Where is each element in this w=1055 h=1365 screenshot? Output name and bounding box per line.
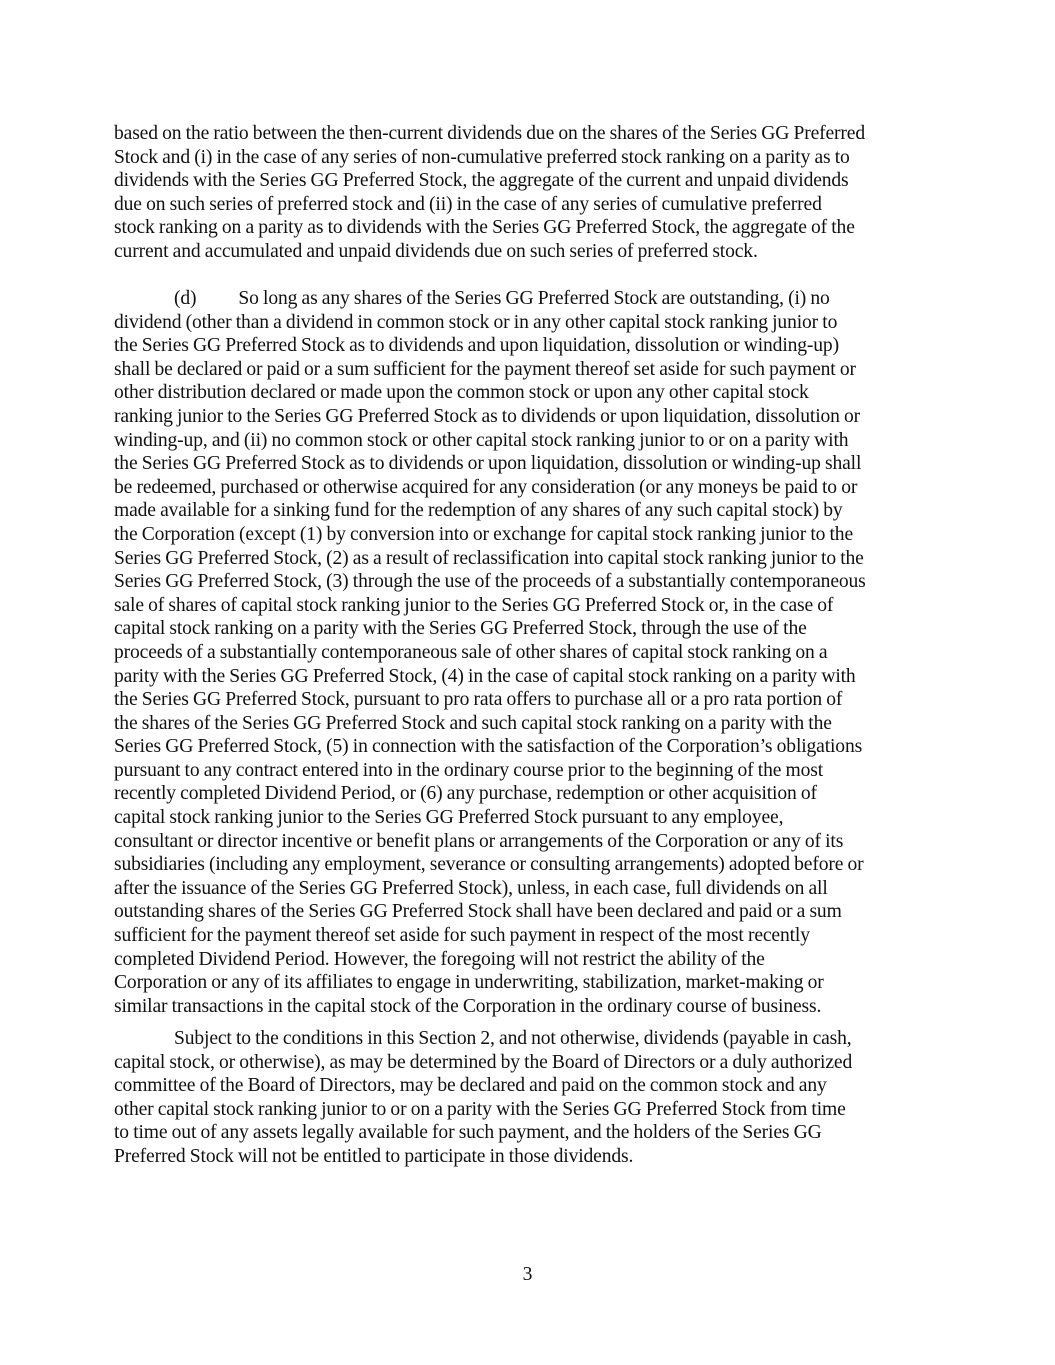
text-line: Preferred Stock will not be entitled to … [114, 1145, 852, 1169]
text-line: (d)So long as any shares of the Series G… [114, 287, 866, 311]
paragraph-section-d: (d)So long as any shares of the Series G… [114, 287, 866, 1018]
text-line: proceeds of a substantially contemporane… [114, 641, 866, 665]
text-line: completed Dividend Period. However, the … [114, 948, 866, 972]
paragraph-dividend-ratio: based on the ratio between the then-curr… [114, 122, 865, 264]
text-line: Stock and (i) in the case of any series … [114, 146, 865, 170]
text-line: capital stock ranking junior to the Seri… [114, 806, 866, 830]
text-line: the shares of the Series GG Preferred St… [114, 712, 866, 736]
text-line: consultant or director incentive or bene… [114, 830, 866, 854]
text-line: the Series GG Preferred Stock, pursuant … [114, 688, 866, 712]
text-line: parity with the Series GG Preferred Stoc… [114, 665, 866, 689]
text-line: pursuant to any contract entered into in… [114, 759, 866, 783]
text-line: the Series GG Preferred Stock as to divi… [114, 452, 866, 476]
text-line: sufficient for the payment thereof set a… [114, 924, 866, 948]
text-line: committee of the Board of Directors, may… [114, 1074, 852, 1098]
text-line: winding-up, and (ii) no common stock or … [114, 429, 866, 453]
text-line: after the issuance of the Series GG Pref… [114, 877, 866, 901]
text-line: to time out of any assets legally availa… [114, 1121, 852, 1145]
text-line: Series GG Preferred Stock, (2) as a resu… [114, 547, 866, 571]
section-label: (d) [174, 288, 196, 309]
text-line: other capital stock ranking junior to or… [114, 1098, 852, 1122]
text-line: outstanding shares of the Series GG Pref… [114, 900, 866, 924]
text-line-content: Subject to the conditions in this Sectio… [174, 1028, 852, 1049]
text-line: Subject to the conditions in this Sectio… [114, 1027, 852, 1051]
text-line: stock ranking on a parity as to dividend… [114, 216, 865, 240]
text-line: dividends with the Series GG Preferred S… [114, 169, 865, 193]
paragraph-subject-to-conditions: Subject to the conditions in this Sectio… [114, 1027, 852, 1169]
text-line: sale of shares of capital stock ranking … [114, 594, 866, 618]
text-line: ranking junior to the Series GG Preferre… [114, 405, 866, 429]
text-line: based on the ratio between the then-curr… [114, 122, 865, 146]
text-line: shall be declared or paid or a sum suffi… [114, 358, 866, 382]
page-number: 3 [0, 1264, 1055, 1286]
text-line: capital stock ranking on a parity with t… [114, 617, 866, 641]
text-line-content: So long as any shares of the Series GG P… [238, 288, 829, 309]
text-line: the Corporation (except (1) by conversio… [114, 523, 866, 547]
text-line: Series GG Preferred Stock, (5) in connec… [114, 735, 866, 759]
text-line: other distribution declared or made upon… [114, 381, 866, 405]
text-line: current and accumulated and unpaid divid… [114, 240, 865, 264]
text-line: be redeemed, purchased or otherwise acqu… [114, 476, 866, 500]
text-line: Series GG Preferred Stock, (3) through t… [114, 570, 866, 594]
text-line: made available for a sinking fund for th… [114, 499, 866, 523]
text-line: dividend (other than a dividend in commo… [114, 311, 866, 335]
text-line: capital stock, or otherwise), as may be … [114, 1051, 852, 1075]
text-line: similar transactions in the capital stoc… [114, 995, 866, 1019]
text-line: the Series GG Preferred Stock as to divi… [114, 334, 866, 358]
text-line: subsidiaries (including any employment, … [114, 853, 866, 877]
text-line: recently completed Dividend Period, or (… [114, 782, 866, 806]
text-line: due on such series of preferred stock an… [114, 193, 865, 217]
text-line: Corporation or any of its affiliates to … [114, 971, 866, 995]
